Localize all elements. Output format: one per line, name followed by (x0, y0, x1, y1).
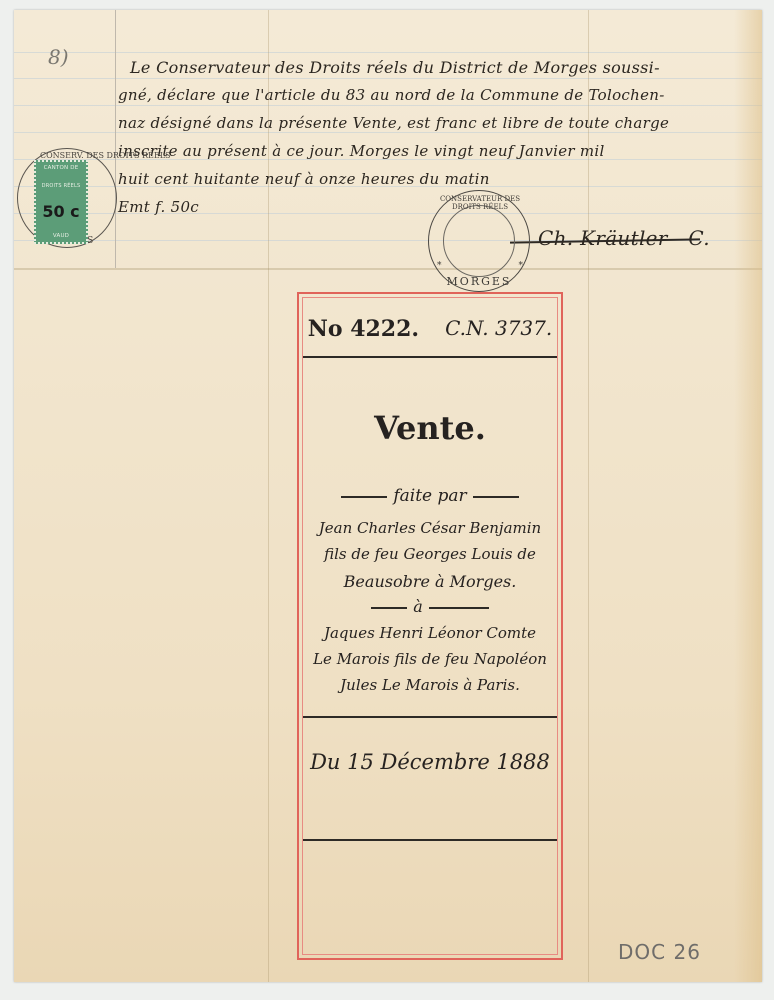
stamp-bottom-text: VAUD (53, 233, 69, 239)
seller-line: Jean Charles César Benjamin (299, 519, 561, 537)
signature-name: Ch. Kräutler (538, 226, 668, 250)
to-line: à (299, 597, 561, 616)
archive-label: DOC 26 (618, 940, 701, 964)
deed-date: Du 15 Décembre 1888 (299, 750, 561, 774)
horizontal-fold (14, 268, 762, 270)
divider (303, 716, 557, 718)
folio-number: 8) (48, 45, 69, 69)
buyer-line: Jules Le Marois à Paris. (299, 676, 561, 694)
certificate-line: naz désigné dans la présente Vente, est … (118, 114, 669, 132)
divider (303, 839, 557, 841)
revenue-stamp: CANTON DE DROITS RÉELS 50 c VAUD (34, 160, 88, 244)
official-seal: CONSERVATEUR DES DROITS RÉELS MORGES ** (428, 190, 530, 292)
made-by-label: faite par (393, 486, 466, 506)
reference-numbers: No 4222. C.N. 3737. (299, 316, 561, 342)
seller-line: fils de feu Georges Louis de (299, 545, 561, 563)
margin-line (115, 10, 116, 268)
ruled-line (14, 105, 762, 106)
deed-number: No 4222. (308, 316, 419, 342)
seal-top-text: CONSERVATEUR DES DROITS RÉELS (435, 195, 525, 211)
ruled-line (14, 78, 762, 79)
cover-panel: No 4222. C.N. 3737. Vente. faite par Jea… (297, 292, 563, 960)
certificate-line: gné, déclare que l'article du 83 au nord… (118, 86, 665, 104)
registry-number: C.N. 3737. (445, 316, 552, 342)
buyer-line: Jaques Henri Léonor Comte (299, 624, 561, 642)
buyer-line: Le Marois fils de feu Napoléon (299, 650, 561, 668)
deed-title: Vente. (299, 409, 561, 447)
stamp-side-text: DROITS RÉELS (42, 183, 81, 189)
divider (303, 356, 557, 358)
seal-stars: ** (437, 261, 523, 271)
ruled-line (14, 132, 762, 133)
ring-text-top: CONSERV. DES DROITS RÉELS (40, 151, 171, 160)
fee-line: Emt f. 50c (118, 198, 199, 216)
seller-line: Beausobre à Morges. (299, 572, 561, 591)
certificate-line: huit cent huitante neuf à onze heures du… (118, 170, 490, 188)
to-label: à (413, 597, 423, 616)
certificate-line: inscrite au présent à ce jour. Morges le… (118, 142, 605, 160)
stamp-value: 50 c (42, 202, 79, 221)
ruled-line (14, 52, 762, 53)
stamp-top-text: CANTON DE (44, 165, 79, 171)
seal-bottom-text: MORGES (429, 275, 529, 288)
certificate-line: Le Conservateur des Droits réels du Dist… (130, 58, 660, 77)
made-by-line: faite par (299, 486, 561, 506)
